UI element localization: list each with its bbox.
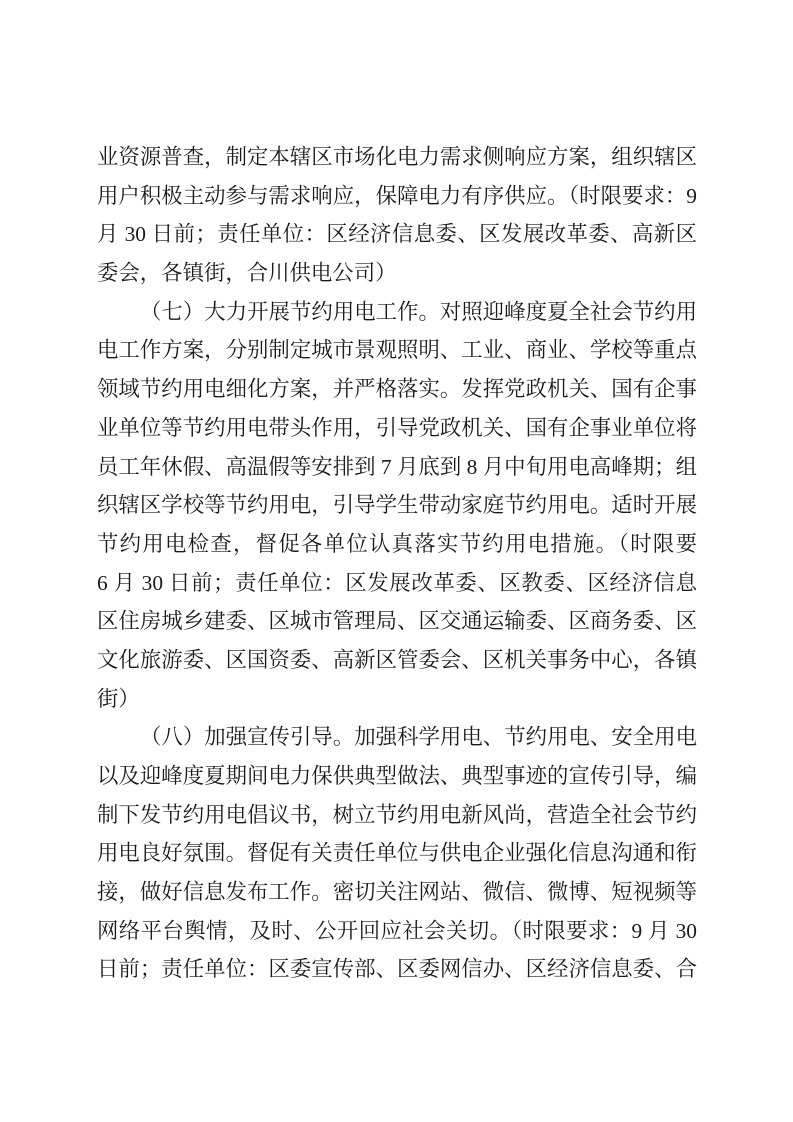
text-line: 以及迎峰度夏期间电力保供典型做法、典型事迹的宣传引导，编 xyxy=(97,757,697,796)
text-line: 用户积极主动参与需求响应，保障电力有序供应。（时限要求：9 xyxy=(97,177,697,216)
text-line: 织辖区学校等节约用电，引导学生带动家庭节约用电。适时开展 xyxy=(97,486,697,525)
text-line: 业单位等节约用电带头作用，引导党政机关、国有企事业单位将 xyxy=(97,409,697,448)
text-line-paragraph-start-item-8: （八）加强宣传引导。加强科学用电、节约用电、安全用电 xyxy=(97,718,697,757)
text-line: 网络平台舆情，及时、公开回应社会关切。（时限要求：9 月 30 xyxy=(97,912,697,951)
text-line-paragraph-end: 委会，各镇街，合川供电公司） xyxy=(97,254,697,293)
text-line: 区住房城乡建委、区城市管理局、区交通运输委、区商务委、区 xyxy=(97,602,697,641)
document-page: 业资源普查，制定本辖区市场化电力需求侧响应方案，组织辖区 用户积极主动参与需求响… xyxy=(0,0,793,1122)
text-line: 日前；责任单位：区委宣传部、区委网信办、区经济信息委、合 xyxy=(97,950,697,989)
document-body: 业资源普查，制定本辖区市场化电力需求侧响应方案，组织辖区 用户积极主动参与需求响… xyxy=(97,138,697,989)
text-line-paragraph-start-item-7: （七）大力开展节约用电工作。对照迎峰度夏全社会节约用 xyxy=(97,293,697,332)
text-line: 员工年休假、高温假等安排到 7 月底到 8 月中旬用电高峰期；组 xyxy=(97,448,697,487)
text-line: 领域节约用电细化方案，并严格落实。发挥党政机关、国有企事 xyxy=(97,370,697,409)
text-line: 用电良好氛围。督促有关责任单位与供电企业强化信息沟通和衔 xyxy=(97,834,697,873)
text-line: 业资源普查，制定本辖区市场化电力需求侧响应方案，组织辖区 xyxy=(97,138,697,177)
text-line: 6 月 30 日前；责任单位：区发展改革委、区教委、区经济信息委、 xyxy=(97,564,697,603)
text-line-paragraph-end: 街） xyxy=(97,680,697,719)
text-line: 电工作方案，分别制定城市景观照明、工业、商业、学校等重点 xyxy=(97,331,697,370)
text-line: 月 30 日前；责任单位：区经济信息委、区发展改革委、高新区管 xyxy=(97,215,697,254)
text-line: 文化旅游委、区国资委、高新区管委会、区机关事务中心，各镇 xyxy=(97,641,697,680)
text-line: 节约用电检查，督促各单位认真落实节约用电措施。（时限要求： xyxy=(97,525,697,564)
text-line: 接，做好信息发布工作。密切关注网站、微信、微博、短视频等 xyxy=(97,873,697,912)
text-line: 制下发节约用电倡议书，树立节约用电新风尚，营造全社会节约 xyxy=(97,796,697,835)
